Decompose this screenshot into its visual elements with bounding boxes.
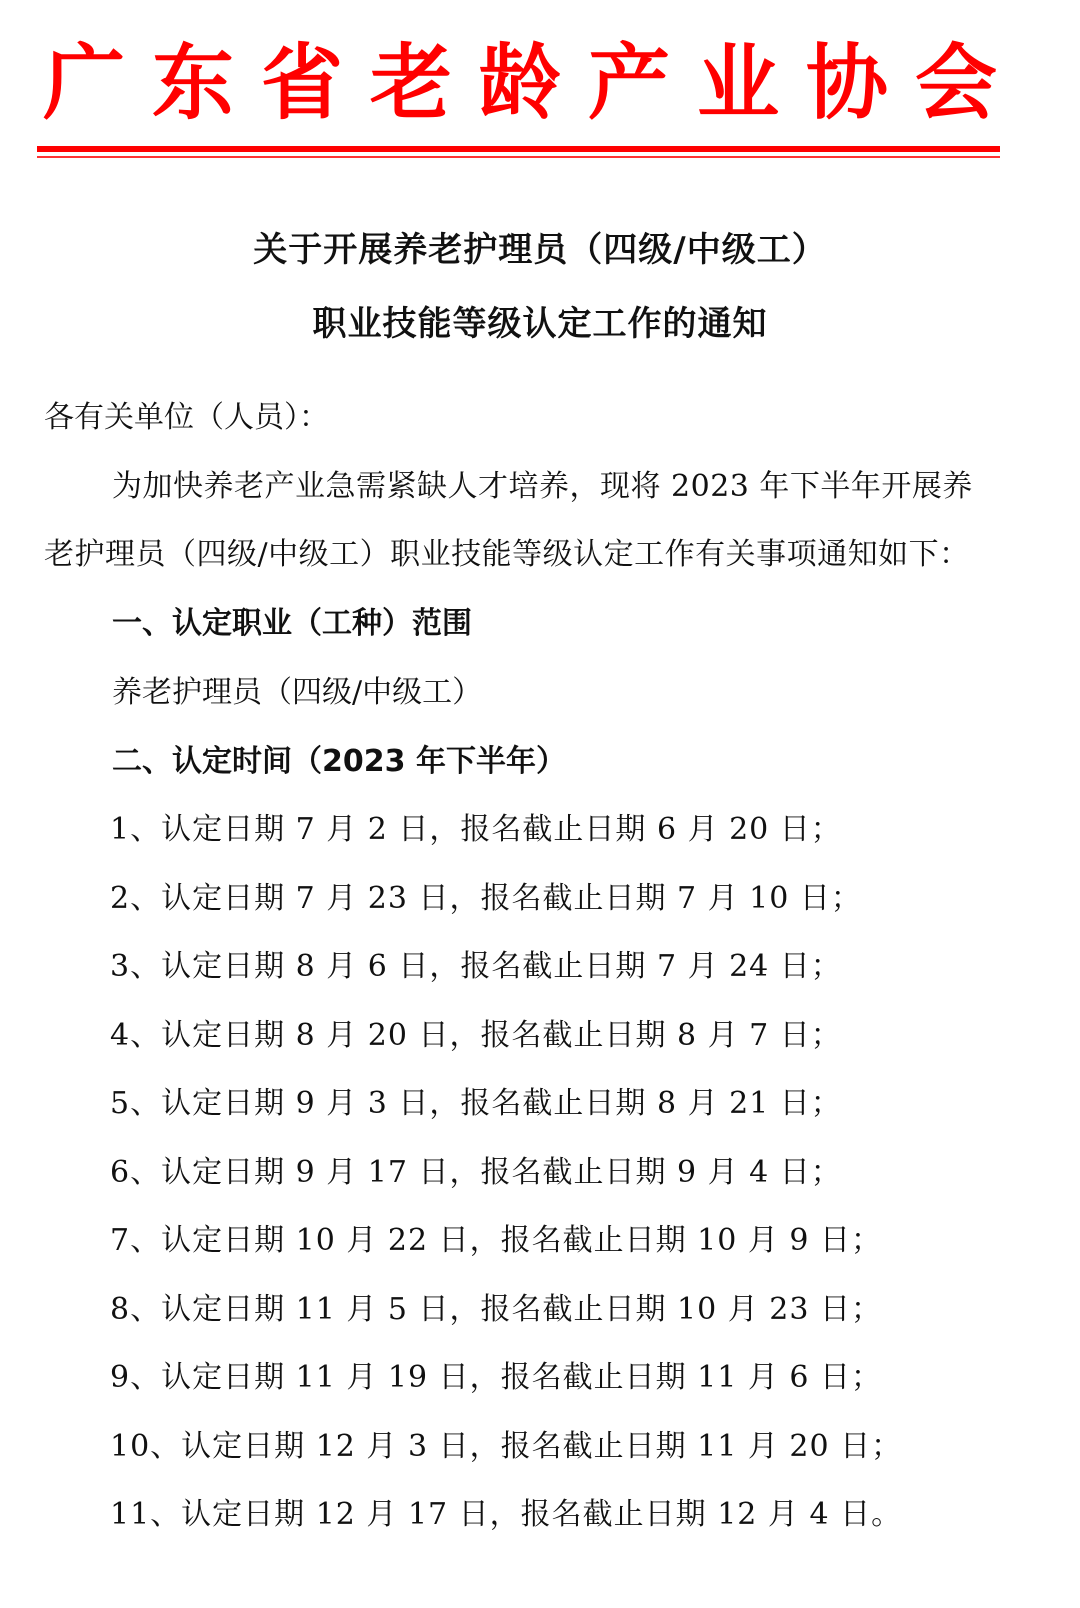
- letterhead-divider-thick: [37, 146, 1000, 152]
- schedule-item: 5、认定日期 9 月 3 日，报名截止日期 8 月 21 日；: [110, 1084, 902, 1153]
- letterhead-char: 老: [363, 28, 459, 138]
- schedule-item: 1、认定日期 7 月 2 日，报名截止日期 6 月 20 日；: [110, 810, 902, 879]
- letterhead-char: 协: [799, 28, 895, 138]
- section-1-content: 养老护理员（四级/中级工）: [112, 673, 482, 713]
- letterhead-divider-thin: [37, 156, 1000, 158]
- salutation: 各有关单位（人员）：: [44, 398, 329, 438]
- letterhead-char: 省: [254, 28, 350, 138]
- schedule-item: 11、认定日期 12 月 17 日，报名截止日期 12 月 4 日。: [110, 1495, 902, 1564]
- intro-paragraph-line-2: 老护理员（四级/中级工）职业技能等级认定工作有关事项通知如下：: [44, 535, 970, 575]
- document-title-line-1: 关于开展养老护理员（四级/中级工）: [0, 222, 1080, 271]
- section-1-heading: 一、认定职业（工种）范围: [112, 604, 472, 644]
- schedule-item: 2、认定日期 7 月 23 日，报名截止日期 7 月 10 日；: [110, 879, 902, 948]
- intro-paragraph-line-1: 为加快养老产业急需紧缺人才培养，现将 2023 年下半年开展养: [112, 467, 973, 507]
- letterhead-char: 产: [581, 28, 677, 138]
- schedule-item: 4、认定日期 8 月 20 日，报名截止日期 8 月 7 日；: [110, 1016, 902, 1085]
- schedule-item: 8、认定日期 11 月 5 日，报名截止日期 10 月 23 日；: [110, 1290, 902, 1359]
- schedule-item: 10、认定日期 12 月 3 日，报名截止日期 11 月 20 日；: [110, 1427, 902, 1496]
- letterhead-char: 东: [145, 28, 241, 138]
- schedule-item: 3、认定日期 8 月 6 日，报名截止日期 7 月 24 日；: [110, 947, 902, 1016]
- schedule-item: 7、认定日期 10 月 22 日，报名截止日期 10 月 9 日；: [110, 1221, 902, 1290]
- section-2-heading: 二、认定时间（2023 年下半年）: [112, 742, 566, 782]
- letterhead-char: 会: [908, 28, 1004, 138]
- certification-schedule-list: 1、认定日期 7 月 2 日，报名截止日期 6 月 20 日； 2、认定日期 7…: [110, 810, 902, 1564]
- letterhead-char: 业: [690, 28, 786, 138]
- letterhead-char: 广: [36, 28, 132, 138]
- document-title-line-2: 职业技能等级认定工作的通知: [0, 296, 1080, 345]
- schedule-item: 6、认定日期 9 月 17 日，报名截止日期 9 月 4 日；: [110, 1153, 902, 1222]
- schedule-item: 9、认定日期 11 月 19 日，报名截止日期 11 月 6 日；: [110, 1358, 902, 1427]
- letterhead-org-name: 广 东 省 老 龄 产 业 协 会: [36, 28, 1004, 138]
- letterhead-char: 龄: [472, 28, 568, 138]
